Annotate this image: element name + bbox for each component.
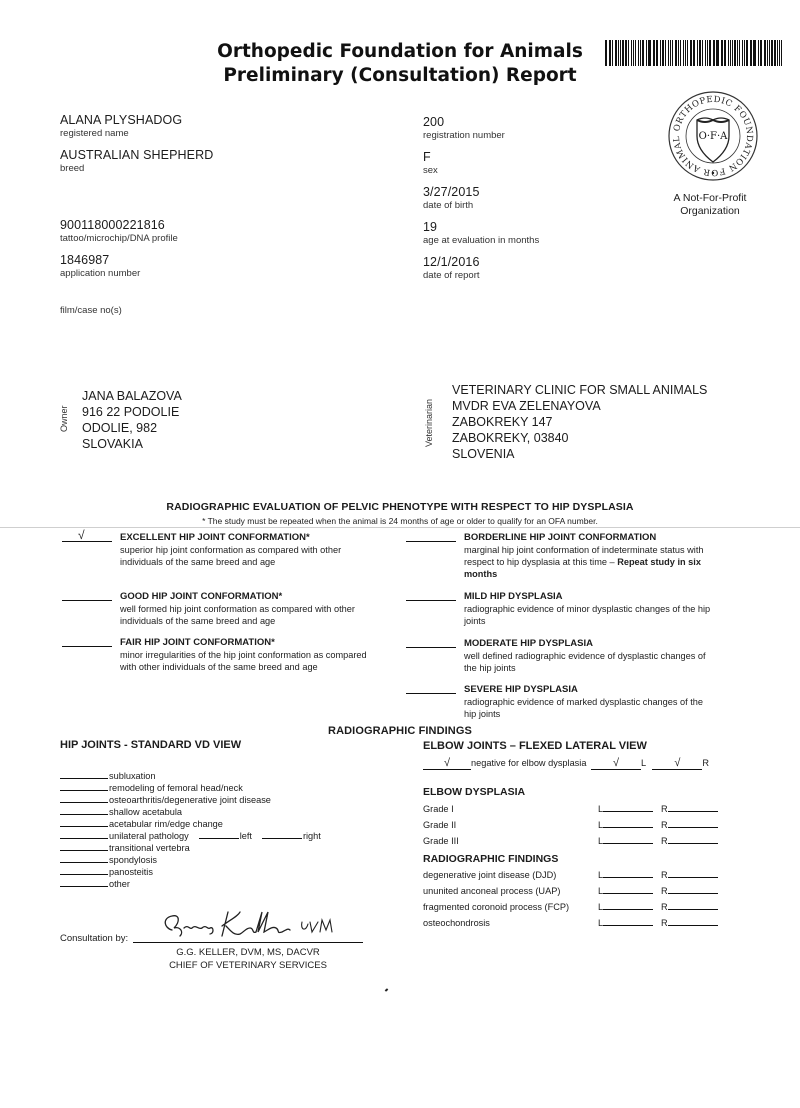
barcode-bar [761, 40, 762, 66]
barcode-bar [702, 40, 704, 66]
consultation-label: Consultation by: [60, 933, 128, 944]
blank-line[interactable] [603, 867, 653, 878]
r-label: R [661, 918, 668, 928]
microchip-value: 900118000221816 [60, 218, 178, 232]
barcode-bar [680, 40, 681, 66]
option-desc: marginal hip joint conformation of indet… [464, 544, 704, 580]
left-field[interactable]: L [598, 883, 653, 899]
option-blank[interactable] [406, 693, 456, 694]
desc-line: respect to hip dysplasia at this time – … [464, 556, 704, 568]
blank-line[interactable] [603, 883, 653, 894]
item-label: panosteitis [109, 867, 153, 877]
desc-line: marginal hip joint conformation of indet… [464, 544, 704, 556]
option-desc: well formed hip joint conformation as co… [120, 603, 355, 627]
desc-line: the hip joints [464, 662, 706, 674]
barcode-bar [640, 40, 641, 66]
check-mark-icon: √ [78, 528, 85, 542]
barcode-bar [612, 40, 613, 66]
findings-heading: RADIOGRAPHIC FINDINGS [0, 725, 800, 737]
title-line-1: Orthopedic Foundation for Animals [200, 40, 600, 64]
film-case-field: film/case no(s) [60, 304, 122, 318]
item-label: subluxation [109, 771, 155, 781]
hip-item-rim-change[interactable]: acetabular rim/edge change [60, 817, 321, 829]
item-label: spondylosis [109, 855, 157, 865]
owner-name: JANA BALAZOVA [82, 388, 182, 404]
option-borderline[interactable]: BORDERLINE HIP JOINT CONFORMATION margin… [406, 530, 746, 582]
barcode-bar [648, 40, 649, 66]
option-blank[interactable] [62, 600, 112, 601]
option-desc: minor irregularities of the hip joint co… [120, 649, 367, 673]
veterinarian-side-label: Veterinarian [424, 399, 434, 447]
veterinarian-address: VETERINARY CLINIC FOR SMALL ANIMALS MVDR… [452, 382, 707, 462]
option-excellent[interactable]: √ EXCELLENT HIP JOINT CONFORMATION* supe… [62, 530, 402, 570]
option-blank[interactable] [406, 541, 456, 542]
blank-line[interactable] [668, 833, 718, 844]
left-label: left [240, 831, 252, 841]
vet-clinic-name: VETERINARY CLINIC FOR SMALL ANIMALS [452, 382, 707, 398]
desc-line: individuals of the same breed and age [120, 615, 355, 627]
barcode-bar [687, 40, 688, 66]
film-case-label: film/case no(s) [60, 304, 122, 318]
barcode-bar [625, 40, 627, 66]
barcode-bar [750, 40, 751, 66]
option-desc: superior hip joint conformation as compa… [120, 544, 341, 568]
right-field[interactable]: R [661, 915, 718, 931]
sex-label: sex [423, 164, 438, 178]
grade-label: Grade I [423, 801, 454, 817]
grade-row: Grade IIILR [423, 833, 743, 849]
application-number-value: 1846987 [60, 253, 140, 267]
elbow-grades: Grade ILR Grade IILR Grade IIILR [423, 801, 743, 849]
barcode-bar [628, 40, 629, 66]
barcode-bar [657, 40, 658, 66]
scan-divider [0, 527, 800, 528]
blank-line[interactable] [668, 915, 718, 926]
item-label: acetabular rim/edge change [109, 819, 223, 829]
finding-label: degenerative joint disease (DJD) [423, 867, 556, 883]
negative-check-icon[interactable]: √ [423, 757, 471, 770]
barcode-bar [758, 40, 759, 66]
elbow-findings: degenerative joint disease (DJD)LR ununi… [423, 867, 743, 931]
hip-item-shallow-acetabula[interactable]: shallow acetabula [60, 805, 321, 817]
desc-line: superior hip joint conformation as compa… [120, 544, 341, 556]
grade-row: Grade ILR [423, 801, 743, 817]
owner-side-label: Owner [59, 405, 69, 432]
grade-label: Grade II [423, 817, 456, 833]
right-field[interactable]: R [661, 801, 718, 817]
barcode-bar [730, 40, 731, 66]
desc-line: with other individuals of the same breed… [120, 661, 367, 673]
barcode-bar [751, 40, 752, 66]
age-field: 19 age at evaluation in months [423, 220, 539, 248]
barcode-bar [670, 40, 671, 66]
option-title: EXCELLENT HIP JOINT CONFORMATION* [120, 532, 310, 543]
registration-number-value: 200 [423, 115, 505, 129]
elbow-dysplasia-heading: ELBOW DYSPLASIA [423, 786, 525, 798]
application-number-label: application number [60, 267, 140, 281]
registered-name-field: ALANA PLYSHADOG registered name [60, 113, 182, 141]
sex-field: F sex [423, 150, 438, 178]
svg-text:O·F·A: O·F·A [699, 131, 728, 142]
option-desc: radiographic evidence of marked dysplast… [464, 696, 703, 720]
blank-line[interactable] [603, 899, 653, 910]
barcode-bar [714, 40, 715, 66]
barcode-bar [675, 40, 677, 66]
barcode-bar [777, 40, 778, 66]
barcode-bar [646, 40, 647, 66]
left-check-icon[interactable]: √ [591, 757, 641, 770]
elbow-joints-heading: ELBOW JOINTS – FLEXED LATERAL VIEW [423, 740, 647, 752]
vet-address-line: ZABOKREKY 147 [452, 414, 707, 430]
barcode-bar [769, 40, 770, 66]
barcode-bar [753, 40, 755, 66]
blank-line[interactable] [668, 899, 718, 910]
barcode-bar [771, 40, 773, 66]
barcode-bar [690, 40, 692, 66]
left-blank-line[interactable] [199, 829, 239, 839]
barcode-bar [739, 40, 741, 66]
vet-name: MVDR EVA ZELENAYOVA [452, 398, 707, 414]
finding-row: osteochondrosisLR [423, 915, 743, 931]
hip-item-other[interactable]: other [60, 877, 321, 889]
option-good[interactable]: GOOD HIP JOINT CONFORMATION* well formed… [62, 589, 402, 629]
r-label: R [661, 836, 668, 846]
finding-row: ununited anconeal process (UAP)LR [423, 883, 743, 899]
breed-field: AUSTRALIAN SHEPHERD breed [60, 148, 213, 176]
blank-line[interactable] [60, 829, 108, 839]
hip-joints-heading: HIP JOINTS - STANDARD VD VIEW [60, 739, 241, 751]
blank-line[interactable] [60, 805, 108, 815]
date-of-birth-field: 3/27/2015 date of birth [423, 185, 480, 213]
vet-city: ZABOKREKY, 03840 [452, 430, 707, 446]
finding-label: osteochondrosis [423, 915, 490, 931]
stray-mark [385, 988, 389, 991]
evaluation-heading: RADIOGRAPHIC EVALUATION OF PELVIC PHENOT… [0, 501, 800, 513]
right-label: right [303, 831, 321, 841]
desc-line: individuals of the same breed and age [120, 556, 341, 568]
left-field[interactable]: L [598, 833, 653, 849]
option-blank[interactable] [406, 600, 456, 601]
age-label: age at evaluation in months [423, 234, 539, 248]
registration-number-label: registration number [423, 129, 505, 143]
grade-row: Grade IILR [423, 817, 743, 833]
org-note-line-2: Organization [640, 205, 780, 218]
barcode-bar [605, 40, 607, 66]
barcode-bar [665, 40, 667, 66]
option-blank[interactable] [62, 541, 112, 542]
right-field[interactable]: R [661, 899, 718, 915]
barcode-bar [620, 40, 621, 66]
hip-item-transitional-vertebra[interactable]: transitional vertebra [60, 841, 321, 853]
barcode-bar [760, 40, 761, 66]
date-of-report-field: 12/1/2016 date of report [423, 255, 480, 283]
barcode-bar [779, 40, 780, 66]
title-line-2: Preliminary (Consultation) Report [200, 64, 600, 88]
signer-block: G.G. KELLER, DVM, MS, DACVR CHIEF OF VET… [133, 946, 363, 972]
microchip-label: tattoo/microchip/DNA profile [60, 232, 178, 246]
option-fair[interactable]: FAIR HIP JOINT CONFORMATION* minor irreg… [62, 635, 402, 675]
desc-line: joints [464, 615, 710, 627]
barcode-bar [705, 40, 706, 66]
barcode-bar [746, 40, 748, 66]
finding-row: fragmented coronoid process (FCP)LR [423, 899, 743, 915]
barcode-bar [744, 40, 745, 66]
report-title: Orthopedic Foundation for Animals Prelim… [200, 40, 600, 88]
hip-item-panosteitis[interactable]: panosteitis [60, 865, 321, 877]
option-blank[interactable] [62, 646, 112, 647]
right-blank-line[interactable] [262, 829, 302, 839]
option-desc: well defined radiographic evidence of dy… [464, 650, 706, 674]
barcode-bar [635, 40, 637, 66]
blank-line[interactable] [603, 817, 653, 828]
signer-name: G.G. KELLER, DVM, MS, DACVR [133, 946, 363, 959]
barcode-bar [707, 40, 708, 66]
blank-line[interactable] [668, 801, 718, 812]
left-field[interactable]: L [598, 801, 653, 817]
barcode-bar [633, 40, 634, 66]
item-label: osteoarthritis/degenerative joint diseas… [109, 795, 271, 805]
blank-line[interactable] [60, 865, 108, 875]
barcode-bar [722, 40, 723, 66]
elbow-findings-heading: RADIOGRAPHIC FINDINGS [423, 853, 558, 865]
age-value: 19 [423, 220, 539, 234]
blank-line[interactable] [603, 833, 653, 844]
barcode-bar [683, 40, 685, 66]
desc-line: well defined radiographic evidence of dy… [464, 650, 706, 662]
barcode-bar [638, 40, 639, 66]
r-label: R [661, 804, 668, 814]
repeat-study-note: Repeat study in six [617, 557, 701, 567]
blank-line[interactable] [60, 841, 108, 851]
registered-name-label: registered name [60, 127, 182, 141]
not-for-profit-note: A Not-For-Profit Organization [640, 192, 780, 218]
desc-line: radiographic evidence of minor dysplasti… [464, 603, 710, 615]
option-moderate[interactable]: MODERATE HIP DYSPLASIA well defined radi… [406, 636, 746, 676]
barcode-bar [672, 40, 673, 66]
blank-line[interactable] [60, 781, 108, 791]
barcode-bar [728, 40, 729, 66]
blank-line[interactable] [603, 915, 653, 926]
barcode-bar [764, 40, 766, 66]
right-field[interactable]: R [661, 817, 718, 833]
barcode-bar [631, 40, 632, 66]
breed-label: breed [60, 162, 213, 176]
microchip-field: 900118000221816 tattoo/microchip/DNA pro… [60, 218, 178, 246]
barcode-bar [694, 40, 695, 66]
desc-line: well formed hip joint conformation as co… [120, 603, 355, 615]
item-label: shallow acetabula [109, 807, 182, 817]
barcode-bar [713, 40, 714, 66]
blank-line[interactable] [60, 817, 108, 827]
barcode-bar [649, 40, 651, 66]
barcode-bar [697, 40, 698, 66]
signature-icon [150, 908, 350, 944]
desc-line: hip joints [464, 708, 703, 720]
option-mild[interactable]: MILD HIP DYSPLASIA radiographic evidence… [406, 589, 746, 629]
barcode-bar [678, 40, 679, 66]
option-title: MODERATE HIP DYSPLASIA [464, 638, 593, 649]
blank-line[interactable] [668, 867, 718, 878]
signer-title: CHIEF OF VETERINARY SERVICES [133, 959, 363, 972]
owner-address-line: 916 22 PODOLIE [82, 404, 182, 420]
left-field[interactable]: L [598, 867, 653, 883]
elbow-negative-row[interactable]: √negative for elbow dysplasia √L √R [423, 757, 709, 770]
blank-line[interactable] [603, 801, 653, 812]
r-label: R [661, 870, 668, 880]
right-field[interactable]: R [661, 833, 718, 849]
blank-line[interactable] [60, 853, 108, 863]
barcode-bar [685, 40, 686, 66]
right-field[interactable]: R [661, 883, 718, 899]
finding-row: degenerative joint disease (DJD)LR [423, 867, 743, 883]
barcode-bar [618, 40, 619, 66]
item-label: transitional vertebra [109, 843, 190, 853]
r-label: R [661, 886, 668, 896]
breed-value: AUSTRALIAN SHEPHERD [60, 148, 213, 162]
barcode-bar [742, 40, 743, 66]
option-title: GOOD HIP JOINT CONFORMATION* [120, 591, 282, 602]
option-title: FAIR HIP JOINT CONFORMATION* [120, 637, 275, 648]
application-number-field: 1846987 application number [60, 253, 140, 281]
barcode-bar [734, 40, 736, 66]
date-of-birth-label: date of birth [423, 199, 480, 213]
barcode-bar [737, 40, 738, 66]
blank-line[interactable] [60, 793, 108, 803]
sex-value: F [423, 150, 438, 164]
barcode-bar [721, 40, 722, 66]
org-note-line-1: A Not-For-Profit [640, 192, 780, 205]
ofa-seal-icon: ORTHOPEDIC FOUNDATION FOR ANIMALS O·F·A [667, 90, 759, 182]
registration-number-field: 200 registration number [423, 115, 505, 143]
desc-text: respect to hip dysplasia at this time – [464, 557, 617, 567]
left-field[interactable]: L [598, 817, 653, 833]
option-desc: radiographic evidence of minor dysplasti… [464, 603, 710, 627]
barcode-bar [693, 40, 694, 66]
item-label: other [109, 879, 130, 889]
blank-line[interactable] [60, 769, 108, 779]
barcode-bar [622, 40, 624, 66]
option-blank[interactable] [406, 647, 456, 648]
negative-label: negative for elbow dysplasia [471, 758, 586, 768]
blank-line[interactable] [60, 877, 108, 887]
left-field[interactable]: L [598, 899, 653, 915]
barcode-bar [615, 40, 617, 66]
left-field[interactable]: L [598, 915, 653, 931]
finding-label: fragmented coronoid process (FCP) [423, 899, 569, 915]
barcode-bar [781, 40, 782, 66]
desc-line: minor irregularities of the hip joint co… [120, 649, 367, 661]
date-of-birth-value: 3/27/2015 [423, 185, 480, 199]
evaluation-note: * The study must be repeated when the an… [0, 516, 800, 526]
owner-city: ODOLIE, 982 [82, 420, 182, 436]
hip-item-remodeling[interactable]: remodeling of femoral head/neck [60, 781, 321, 793]
left-label: L [641, 758, 646, 768]
barcode-bar [767, 40, 768, 66]
option-title: SEVERE HIP DYSPLASIA [464, 684, 578, 695]
barcode-bar [660, 40, 661, 66]
registered-name-value: ALANA PLYSHADOG [60, 113, 182, 127]
right-field[interactable]: R [661, 867, 718, 883]
barcode-bar [656, 40, 657, 66]
barcode-bar [716, 40, 718, 66]
r-label: R [661, 902, 668, 912]
barcode-bar [699, 40, 701, 66]
barcode-bar [732, 40, 733, 66]
right-label: R [702, 758, 709, 768]
item-label: remodeling of femoral head/neck [109, 783, 243, 793]
hip-item-unilateral[interactable]: unilateral pathologyleftright [60, 829, 321, 841]
hip-item-subluxation[interactable]: subluxation [60, 769, 321, 781]
vet-country: SLOVENIA [452, 446, 707, 462]
right-check-icon[interactable]: √ [652, 757, 702, 770]
date-of-report-value: 12/1/2016 [423, 255, 480, 269]
desc-line: radiographic evidence of marked dysplast… [464, 696, 703, 708]
r-label: R [661, 820, 668, 830]
barcode-bar [774, 40, 776, 66]
barcode-bar [610, 40, 611, 66]
grade-label: Grade III [423, 833, 459, 849]
hip-findings-list: subluxation remodeling of femoral head/n… [60, 769, 321, 889]
finding-label: ununited anconeal process (UAP) [423, 883, 560, 899]
barcode-bar [709, 40, 711, 66]
date-of-report-label: date of report [423, 269, 480, 283]
owner-address: JANA BALAZOVA 916 22 PODOLIE ODOLIE, 982… [82, 388, 182, 452]
hip-item-osteoarthritis[interactable]: osteoarthritis/degenerative joint diseas… [60, 793, 321, 805]
barcode-bar [653, 40, 655, 66]
barcode-bar [642, 40, 644, 66]
blank-line[interactable] [668, 817, 718, 828]
barcode-bar [609, 40, 610, 66]
barcode-bar [668, 40, 669, 66]
blank-line[interactable] [668, 883, 718, 894]
option-severe[interactable]: SEVERE HIP DYSPLASIA radiographic eviden… [406, 682, 746, 722]
barcode-icon [605, 40, 783, 66]
option-title: BORDERLINE HIP JOINT CONFORMATION [464, 532, 656, 543]
hip-item-spondylosis[interactable]: spondylosis [60, 853, 321, 865]
repeat-study-note-cont: months [464, 568, 704, 580]
barcode-bar [724, 40, 726, 66]
item-label: unilateral pathology [109, 831, 189, 841]
barcode-bar [662, 40, 664, 66]
owner-country: SLOVAKIA [82, 436, 182, 452]
option-title: MILD HIP DYSPLASIA [464, 591, 563, 602]
